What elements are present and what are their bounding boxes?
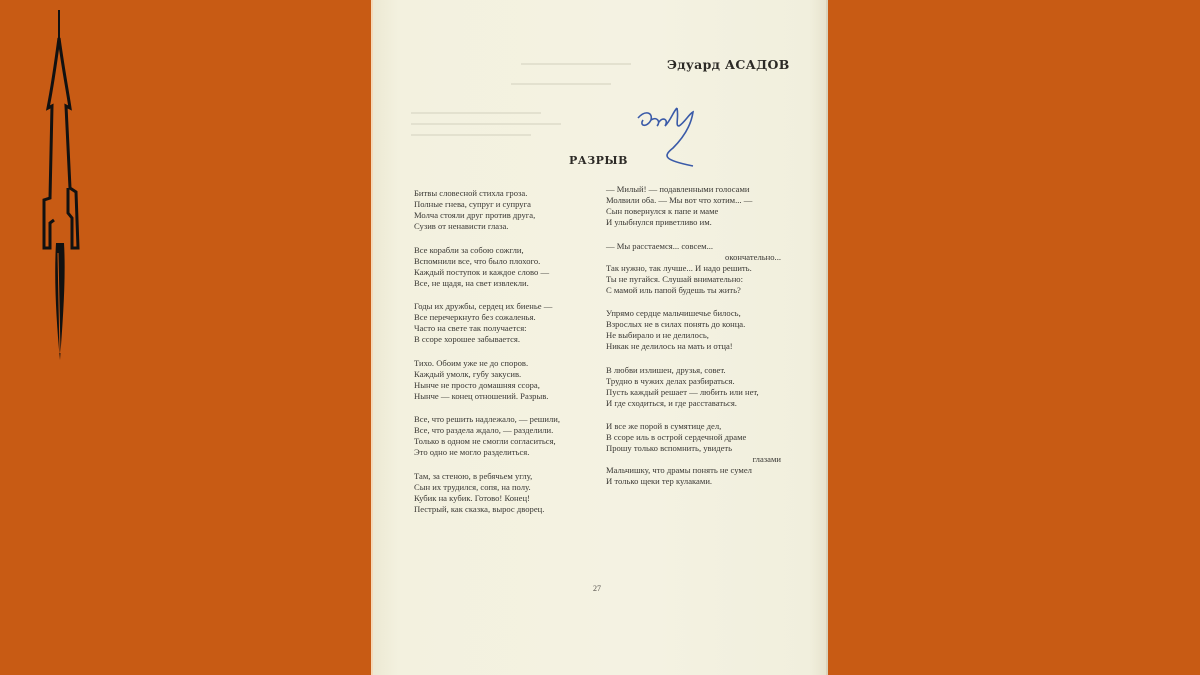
poem-line: Нынче — конец отношений. Разрыв. [414, 391, 604, 402]
stanza: — Мы расстаемся... совсем...окончательно… [606, 241, 781, 296]
stanza: В любви излишен, друзья, совет.Трудно в … [606, 365, 781, 409]
poem-line: В ссоре хорошее забывается. [414, 334, 604, 345]
poem-title: РАЗРЫВ [569, 154, 628, 167]
poem-line: Это одно не могло разделиться. [414, 447, 604, 458]
poem-line: глазами [606, 454, 781, 465]
poem-line: И только щеки тер кулаками. [606, 476, 781, 487]
poem-line: С мамой иль папой будешь ты жить? [606, 285, 781, 296]
stanza: Тихо. Обоим уже не до споров.Каждый умол… [414, 358, 604, 402]
poem-line: В любви излишен, друзья, совет. [606, 365, 781, 376]
poem-line: — Милый! — подавленными голосами [606, 184, 781, 195]
poem-line: Тихо. Обоим уже не до споров. [414, 358, 604, 369]
poem-line: Взрослых не в силах понять до конца. [606, 319, 781, 330]
stanza: Годы их дружбы, сердец их биенье —Все пе… [414, 301, 604, 345]
stanza: Там, за стеною, в ребячьем углу,Сын их т… [414, 471, 604, 515]
poem-line: Мальчишку, что драмы понять не сумел [606, 465, 781, 476]
poem-line: Ты не пугайся. Слушай внимательно: [606, 274, 781, 285]
poem-line: Там, за стеною, в ребячьем углу, [414, 471, 604, 482]
poem-line: Только в одном не смогли согласиться, [414, 436, 604, 447]
poem-line: Кубик на кубик. Готово! Конец! [414, 493, 604, 504]
poem-line: И все же порой в сумятице дел, [606, 421, 781, 432]
poem-line: Вспомнили все, что было плохого. [414, 256, 604, 267]
stanza: И все же порой в сумятице дел,В ссоре ил… [606, 421, 781, 487]
stanza: Все, что решить надлежало, — решили,Все,… [414, 414, 604, 458]
poem-right-column: — Милый! — подавленными голосамиМолвили … [606, 184, 781, 500]
poem-line: Прошу только вспомнить, увидеть [606, 443, 781, 454]
poem-line: Все корабли за собою сожгли, [414, 245, 604, 256]
stanza: — Милый! — подавленными голосамиМолвили … [606, 184, 781, 228]
poem-line: Упрямо сердце мальчишечье билось, [606, 308, 781, 319]
poem-line: Все, что раздела ждало, — разделили. [414, 425, 604, 436]
poem-line: Трудно в чужих делах разбираться. [606, 376, 781, 387]
poem-line: Молча стояли друг против друга, [414, 210, 604, 221]
poem-line: Так нужно, так лучше... И надо решить. [606, 263, 781, 274]
poem-left-column: Битвы словесной стихла гроза.Полные гнев… [414, 188, 604, 527]
rocket-icon [30, 8, 90, 368]
poem-line: окончательно... [606, 252, 781, 263]
author-signature [633, 98, 723, 168]
poem-line: Часто на свете так получается: [414, 323, 604, 334]
poem-line: Все, что решить надлежало, — решили, [414, 414, 604, 425]
author-name: Эдуард АСАДОВ [667, 57, 790, 72]
poem-line: Сузив от ненависти глаза. [414, 221, 604, 232]
poem-line: Битвы словесной стихла гроза. [414, 188, 604, 199]
poem-line: Нынче не просто домашняя ссора, [414, 380, 604, 391]
poem-line: Пестрый, как сказка, вырос дворец. [414, 504, 604, 515]
poem-line: — Мы расстаемся... совсем... [606, 241, 781, 252]
poem-line: Каждый умолк, губу закусив. [414, 369, 604, 380]
book-page: Эдуард АСАДОВ РАЗРЫВ Битвы словесной сти… [371, 0, 828, 675]
poem-line: Никак не делилось на мать и отца! [606, 341, 781, 352]
stanza: Все корабли за собою сожгли,Вспомнили вс… [414, 245, 604, 289]
poem-line: Все перечеркнуто без сожаленья. [414, 312, 604, 323]
stanza: Упрямо сердце мальчишечье билось,Взрослы… [606, 308, 781, 352]
poem-line: В ссоре иль в острой сердечной драме [606, 432, 781, 443]
poem-line: Сын их трудился, сопя, на полу. [414, 482, 604, 493]
poem-line: И улыбнулся приветливо им. [606, 217, 781, 228]
poem-line: Не выбирало и не делилось, [606, 330, 781, 341]
page-number: 27 [593, 584, 601, 593]
poem-line: Полные гнева, супруг и супруга [414, 199, 604, 210]
poem-line: Каждый поступок и каждое слово — [414, 267, 604, 278]
poem-line: Сын повернулся к папе и маме [606, 206, 781, 217]
stanza: Битвы словесной стихла гроза.Полные гнев… [414, 188, 604, 232]
poem-line: Пусть каждый решает — любить или нет, [606, 387, 781, 398]
poem-line: И где сходиться, и где расставаться. [606, 398, 781, 409]
poem-line: Все, не щадя, на свет извлекли. [414, 278, 604, 289]
poem-line: Годы их дружбы, сердец их биенье — [414, 301, 604, 312]
poem-line: Молвили оба. — Мы вот что хотим... — [606, 195, 781, 206]
